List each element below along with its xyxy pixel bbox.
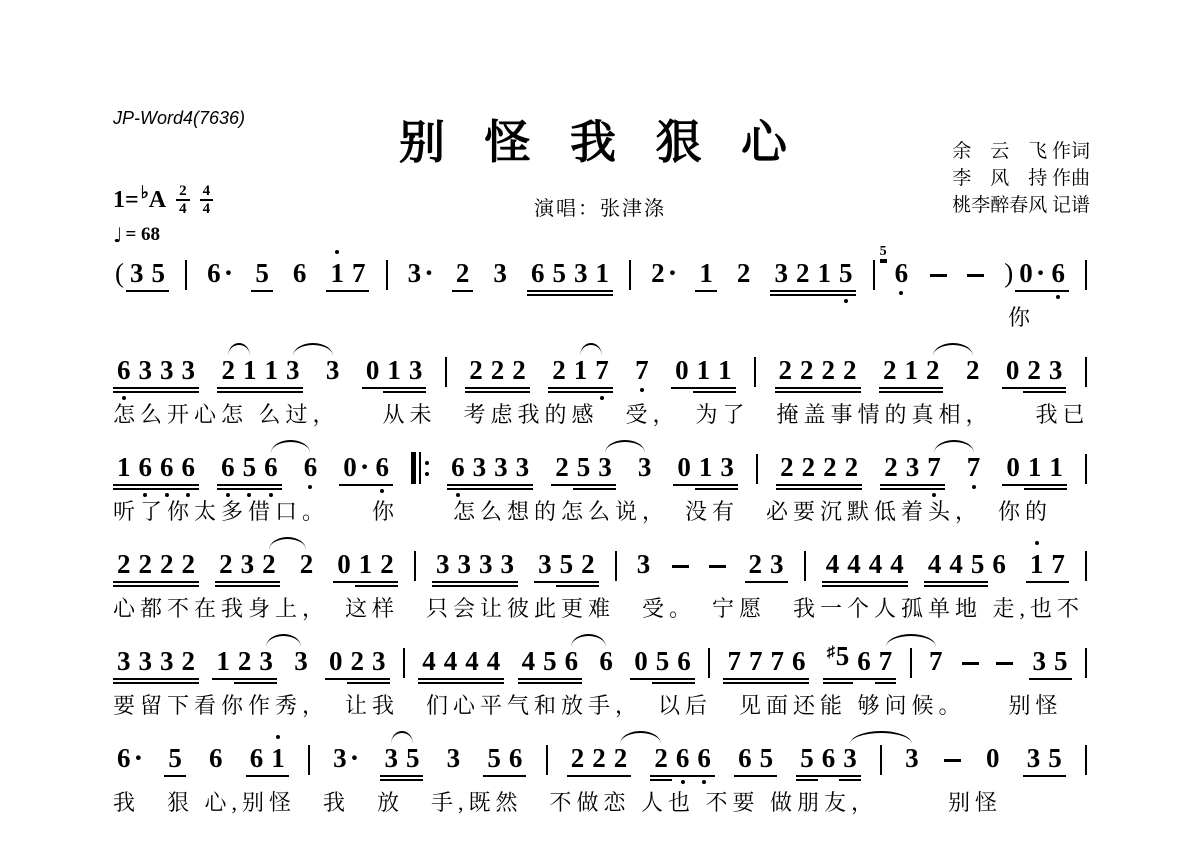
- underline-beam: [156, 488, 178, 490]
- note: 3: [770, 549, 784, 579]
- underline-beam: [875, 682, 897, 684]
- beat-group: 3: [489, 258, 511, 288]
- underline-beam: [527, 290, 549, 292]
- octave-dot-low: [122, 396, 126, 400]
- barline: [414, 551, 416, 581]
- beat-group: 7: [631, 355, 653, 385]
- underline-beam: [217, 391, 239, 393]
- note: 2: [822, 355, 836, 385]
- underline-beam: [440, 682, 462, 684]
- underline-beam: [671, 387, 693, 389]
- underline-beam: [695, 484, 717, 486]
- note: 7: [929, 646, 943, 676]
- underline-beam: [113, 387, 135, 389]
- barline: [546, 745, 548, 775]
- beat-group: 3·: [329, 743, 361, 773]
- note: 5: [560, 549, 574, 579]
- note: 3: [384, 743, 398, 773]
- beat-group: 2222: [113, 549, 199, 579]
- slur-arc: [580, 343, 602, 356]
- note: 2: [139, 549, 153, 579]
- note: 2: [845, 452, 859, 482]
- note: 4: [465, 646, 479, 676]
- beat-group: 23: [745, 549, 788, 579]
- note: 6: [565, 646, 579, 676]
- underline-beam: [135, 488, 157, 490]
- repeat-dots: [425, 452, 429, 484]
- underline-beam: [570, 294, 592, 296]
- underline-beam: [217, 484, 239, 486]
- octave-dot-high: [1035, 541, 1039, 545]
- underline-beam: [325, 678, 347, 680]
- note: 65: [895, 258, 909, 288]
- underline-beam: [135, 585, 157, 587]
- underline-beam: [548, 294, 570, 296]
- underline-beam: [835, 294, 857, 296]
- note: 6: [221, 452, 235, 482]
- underline-beam: [461, 678, 483, 680]
- note: 5: [543, 646, 557, 676]
- underline-beam: [1002, 387, 1024, 389]
- score-system: 33321233023444445660567776♯567735要留下看你作秀…: [113, 640, 1087, 719]
- note: 6: [209, 743, 223, 773]
- note: 3: [457, 549, 471, 579]
- note: 2: [555, 452, 569, 482]
- beat-group: 5: [251, 258, 273, 288]
- beat-group: [960, 662, 981, 677]
- beat-group: 563: [796, 743, 861, 773]
- note: 4: [422, 646, 436, 676]
- slur-arc: [620, 731, 661, 744]
- underline-beam: [490, 484, 512, 486]
- lyrics-line: 我 狠 心,别怪 我 放 手,既然 不做恋 人也 不要 做朋友， 别怪: [113, 786, 1087, 816]
- octave-dot-low: [308, 485, 312, 489]
- beat-group: 023: [325, 646, 390, 676]
- underline-beam: [453, 581, 475, 583]
- underline-beam: [267, 775, 289, 777]
- note: 5: [168, 743, 182, 773]
- underline-beam: [714, 387, 736, 389]
- tempo-value: = 68: [125, 224, 160, 246]
- octave-dot-low: [165, 493, 169, 497]
- note: ·: [668, 258, 678, 288]
- note: 2: [800, 355, 814, 385]
- underline-beam: [260, 391, 282, 393]
- beat-group: [754, 355, 756, 385]
- underline-beam: [368, 682, 390, 684]
- note: 6: [139, 452, 153, 482]
- note: 5: [487, 743, 501, 773]
- note: 1: [1030, 549, 1044, 579]
- note: 1: [574, 355, 588, 385]
- slur-arc: [266, 634, 301, 647]
- note: 0: [634, 646, 648, 676]
- beat-group: 352: [534, 549, 599, 579]
- underline-beam: [967, 585, 989, 587]
- beat-group: 222: [465, 355, 530, 385]
- beat-group: [804, 549, 806, 579]
- note: 2: [262, 549, 276, 579]
- underline-beam: [900, 391, 922, 393]
- dash-note: [930, 274, 947, 278]
- beat-group: 7: [963, 452, 985, 482]
- underline-beam: [347, 682, 369, 684]
- barline: [708, 648, 710, 678]
- barline: [1085, 454, 1087, 484]
- underline-beam: [841, 484, 863, 486]
- dash-note: [967, 274, 984, 278]
- underline-beam: [880, 484, 902, 486]
- underline-beam: [923, 488, 945, 490]
- underline-beam: [135, 682, 157, 684]
- underline-beam: [383, 387, 405, 389]
- tempo-marking: ♩ = 68: [113, 223, 213, 247]
- beat-group: [910, 646, 912, 676]
- note: 2: [351, 646, 365, 676]
- note: 3: [409, 355, 423, 385]
- note: 3: [139, 646, 153, 676]
- underline-beam: [673, 484, 695, 486]
- note: 1: [718, 355, 732, 385]
- underline-beam: [178, 484, 200, 486]
- underline-beam: [113, 581, 135, 583]
- note: 6: [451, 452, 465, 482]
- note: 7: [770, 646, 784, 676]
- underline-beam: [348, 290, 370, 292]
- beat-group: 17: [1026, 549, 1069, 579]
- underline-beam: [650, 779, 672, 781]
- dash-note: [944, 759, 961, 763]
- note: 1: [330, 258, 344, 288]
- underline-beam: [567, 775, 589, 777]
- beat-group: 3332: [113, 646, 199, 676]
- underline-beam: [512, 484, 534, 486]
- underline-beam: [879, 387, 901, 389]
- note: 0: [1006, 355, 1020, 385]
- underline-beam: [819, 484, 841, 486]
- underline-beam: [693, 387, 715, 389]
- underline-beam: [924, 581, 946, 583]
- note: 3: [182, 355, 196, 385]
- beat-group: [1085, 452, 1087, 482]
- note: 3: [259, 646, 273, 676]
- underline-beam: [839, 387, 861, 389]
- note: 6: [182, 452, 196, 482]
- notes-row: 6·56613·35356222266655633035: [113, 737, 1087, 773]
- notes-row: 633321133013222217701122222122023: [113, 349, 1087, 385]
- note: 3: [160, 355, 174, 385]
- underline-beam: [835, 290, 857, 292]
- underline-beam: [573, 484, 595, 486]
- note: 2: [456, 258, 470, 288]
- underline-beam: [135, 387, 157, 389]
- underline-beam: [1047, 290, 1069, 292]
- parenthesis: ): [1004, 258, 1013, 288]
- beat-group: 3: [290, 646, 312, 676]
- note: 5: [255, 258, 269, 288]
- note: 3: [774, 258, 788, 288]
- note: 4: [928, 549, 942, 579]
- underline-beam: [135, 391, 157, 393]
- underline-beam: [922, 387, 944, 389]
- underline-beam: [1045, 391, 1067, 393]
- beat-group: [670, 565, 691, 580]
- underline-beam: [496, 581, 518, 583]
- note: 2: [651, 258, 665, 288]
- note: 3: [638, 452, 652, 482]
- underline-beam: [447, 484, 469, 486]
- note: 3: [241, 549, 255, 579]
- beat-group: 123: [212, 646, 277, 676]
- beat-group: 61: [246, 743, 289, 773]
- underline-beam: [693, 775, 715, 777]
- note: 1: [1028, 452, 1042, 482]
- underline-beam: [839, 391, 861, 393]
- underline-beam: [518, 678, 540, 680]
- underline-beam: [714, 391, 736, 393]
- underline-beam: [776, 488, 798, 490]
- underline-beam: [178, 682, 200, 684]
- barline: [403, 648, 405, 678]
- underline-beam: [508, 387, 530, 389]
- beat-group: 6333: [447, 452, 533, 482]
- note: 5: [243, 452, 257, 482]
- underline-beam: [1029, 678, 1051, 680]
- barline: [615, 551, 617, 581]
- underline-beam: [798, 488, 820, 490]
- note: 5: [1054, 646, 1068, 676]
- beat-group: [386, 258, 388, 288]
- note: 7: [749, 646, 763, 676]
- note: 4: [890, 549, 904, 579]
- note: 2: [182, 549, 196, 579]
- underline-beam: [818, 387, 840, 389]
- underline-beam: [258, 585, 280, 587]
- underline-beam: [453, 585, 475, 587]
- underline-beam: [822, 585, 844, 587]
- key-signature: 1=♭A 24 44: [113, 184, 213, 216]
- underline-beam: [518, 682, 540, 684]
- note: 1: [271, 743, 285, 773]
- underline-beam: [1024, 484, 1046, 486]
- underline-beam: [843, 585, 865, 587]
- dash-note: [962, 662, 979, 666]
- underline-beam: [487, 387, 509, 389]
- underline-beam: [452, 290, 474, 292]
- underline-beam: [212, 678, 234, 680]
- notes-row: 33321233023444445660567776♯567735: [113, 640, 1087, 676]
- note: 6: [792, 646, 806, 676]
- beat-group: [942, 759, 963, 774]
- underline-beam: [178, 678, 200, 680]
- underline-beam: [843, 581, 865, 583]
- underline-beam: [1050, 678, 1072, 680]
- underline-beam: [237, 581, 259, 583]
- underline-beam: [770, 294, 792, 296]
- beat-group: 65: [891, 258, 913, 288]
- underline-beam: [900, 387, 922, 389]
- slur-arc: [850, 731, 912, 744]
- slur-arc: [271, 440, 311, 453]
- note: 0: [1019, 258, 1033, 288]
- beat-group: 6: [595, 646, 617, 676]
- barline: [873, 260, 875, 290]
- underline-beam: [548, 290, 570, 292]
- note: 3: [436, 549, 450, 579]
- underline-beam: [775, 387, 797, 389]
- octave-dot-low: [681, 780, 685, 784]
- underline-beam: [461, 682, 483, 684]
- beat-group: 35: [1029, 646, 1072, 676]
- underline-beam: [402, 775, 424, 777]
- note: 1: [387, 355, 401, 385]
- underline-beam: [1002, 484, 1024, 486]
- note: 2: [552, 355, 566, 385]
- note: 2: [512, 355, 526, 385]
- underline-beam: [716, 488, 738, 490]
- note: 2: [779, 355, 793, 385]
- underline-beam: [260, 387, 282, 389]
- underline-beam: [508, 391, 530, 393]
- barline: [308, 745, 310, 775]
- score-system: (356·56173·2365312·12321565)0·6你: [113, 252, 1087, 331]
- note: 3: [1027, 743, 1041, 773]
- barline: [1085, 357, 1087, 387]
- beat-group: 6·: [203, 258, 235, 288]
- underline-beam: [591, 294, 613, 296]
- beat-group: [708, 646, 710, 676]
- note: 2: [1027, 355, 1041, 385]
- note: 2: [571, 743, 585, 773]
- underline-beam: [945, 585, 967, 587]
- beat-group: 1: [695, 258, 717, 288]
- note: 6: [992, 549, 1006, 579]
- notes-row: 166665660·66333253301322222377011: [113, 446, 1087, 482]
- underline-beam: [798, 484, 820, 486]
- underline-beam: [260, 488, 282, 490]
- note: 3: [906, 452, 920, 482]
- octave-dot-high: [335, 250, 339, 254]
- underline-beam: [1023, 387, 1045, 389]
- underline-beam: [766, 678, 788, 680]
- note: 7: [635, 355, 649, 385]
- underline-beam: [135, 581, 157, 583]
- underline-beam: [673, 682, 695, 684]
- note: ·: [1036, 258, 1046, 288]
- note: 4: [522, 646, 536, 676]
- score-system: 166665660·66333253301322222377011听了你太多借口…: [113, 446, 1087, 525]
- underline-beam: [561, 678, 583, 680]
- note: 3: [294, 646, 308, 676]
- note: 7: [1051, 549, 1065, 579]
- octave-dot-low: [1056, 295, 1060, 299]
- note: ·: [134, 743, 144, 773]
- barline: [629, 260, 631, 290]
- note: 2: [614, 743, 628, 773]
- note: 7: [967, 452, 981, 482]
- note: 2: [883, 355, 897, 385]
- note: 5: [152, 258, 166, 288]
- note: 2: [581, 549, 595, 579]
- underline-beam: [770, 290, 792, 292]
- underline-beam: [695, 488, 717, 490]
- underline-beam: [475, 581, 497, 583]
- underline-beam: [113, 585, 135, 587]
- beat-group: 2113: [217, 355, 303, 385]
- underline-beam: [819, 488, 841, 490]
- underline-beam: [217, 387, 239, 389]
- underline-beam: [610, 775, 632, 777]
- underline-beam: [716, 484, 738, 486]
- underline-beam: [945, 581, 967, 583]
- underline-beam: [875, 678, 897, 680]
- note: 3: [139, 355, 153, 385]
- underline-beam: [432, 581, 454, 583]
- note: 3: [326, 355, 340, 385]
- note: 7: [727, 646, 741, 676]
- underline-beam: [792, 294, 814, 296]
- underline-beam: [823, 682, 854, 684]
- beat-group: 217: [548, 355, 613, 385]
- dash-note: [672, 565, 689, 569]
- underline-beam: [818, 391, 840, 393]
- note: 5: [552, 258, 566, 288]
- beat-group: [756, 452, 758, 482]
- note: 6: [676, 743, 690, 773]
- flat-sign: ♭: [141, 183, 149, 203]
- underline-beam: [135, 484, 157, 486]
- underline-beam: [796, 387, 818, 389]
- notes-row: 2222232201233333523234444445617: [113, 543, 1087, 579]
- note: 6: [599, 646, 613, 676]
- note: 3: [843, 743, 857, 773]
- beat-group: 656: [217, 452, 282, 482]
- beat-group: 222: [567, 743, 632, 773]
- underline-beam: [239, 391, 261, 393]
- slur-arc: [293, 343, 333, 356]
- underline-beam: [215, 581, 237, 583]
- note: 2: [749, 549, 763, 579]
- note: 6: [509, 743, 523, 773]
- underline-beam: [570, 387, 592, 389]
- note: ·: [350, 743, 360, 773]
- beat-group: [629, 258, 631, 288]
- underline-beam: [818, 775, 840, 777]
- note: 3: [333, 743, 347, 773]
- barline: [445, 357, 447, 387]
- underline-beam: [723, 682, 745, 684]
- underline-beam: [440, 678, 462, 680]
- underline-beam: [766, 581, 788, 583]
- slur-arc: [605, 440, 645, 453]
- note: 6: [293, 258, 307, 288]
- note: 3: [538, 549, 552, 579]
- underline-beam: [156, 387, 178, 389]
- underline-beam: [630, 678, 652, 680]
- underline-beam: [570, 290, 592, 292]
- underline-beam: [775, 391, 797, 393]
- repeat-start-sign: [411, 452, 429, 484]
- note: 2: [737, 258, 751, 288]
- octave-dot-low: [932, 493, 936, 497]
- underline-beam: [383, 391, 405, 393]
- underline-beam: [239, 484, 261, 486]
- underline-beam: [333, 581, 355, 583]
- beat-group: 3·: [404, 258, 436, 288]
- note: 6: [160, 452, 174, 482]
- slur-arc: [269, 537, 307, 550]
- underline-beam: [865, 581, 887, 583]
